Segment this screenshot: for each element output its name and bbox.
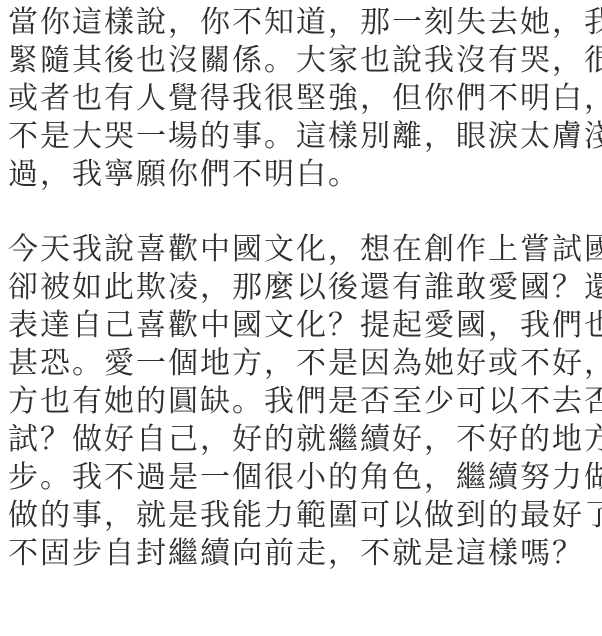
text-line: 做的事，就是我能力範圍可以做到的最好了。做人 xyxy=(8,497,602,535)
paragraph-1: 當你這樣說，你不知道，那一刻失去她，我也覺得 緊隨其後也沒關係。大家也說我沒有哭… xyxy=(8,4,602,194)
text-line: 過，我寧願你們不明白。 xyxy=(8,156,602,194)
text-line: 不是大哭一場的事。這樣別離，眼淚太膚淺。不 xyxy=(8,118,602,156)
text-line: 不固步自封繼續向前走，不就是這樣嗎？ xyxy=(8,535,602,573)
paragraph-2: 今天我說喜歡中國文化，想在創作上嘗試國樂，我 卻被如此欺凌，那麼以後還有誰敢愛國… xyxy=(8,231,602,573)
text-line: 或者也有人覺得我很堅強，但你們不明白，這種痛 xyxy=(8,80,602,118)
text-line: 緊隨其後也沒關係。大家也說我沒有哭，很擔心， xyxy=(8,42,602,80)
text-line: 卻被如此欺凌，那麼以後還有誰敢愛國？還有誰敢 xyxy=(8,269,602,307)
text-line: 甚恐。愛一個地方，不是因為她好或不好，什麼地 xyxy=(8,345,602,383)
text-line: 當你這樣說，你不知道，那一刻失去她，我也覺得 xyxy=(8,4,602,42)
document-body: 當你這樣說，你不知道，那一刻失去她，我也覺得 緊隨其後也沒關係。大家也說我沒有哭… xyxy=(8,4,602,573)
text-line: 步。我不過是一個很小的角色，繼續努力做好我該 xyxy=(8,459,602,497)
text-line: 試？做好自己，好的就繼續好，不好的地方也會進 xyxy=(8,421,602,459)
text-line: 今天我說喜歡中國文化，想在創作上嘗試國樂，我 xyxy=(8,231,602,269)
text-line: 方也有她的圓缺。我們是否至少可以不去否定嘗 xyxy=(8,383,602,421)
text-line: 表達自己喜歡中國文化？提起愛國，我們也會極思 xyxy=(8,307,602,345)
